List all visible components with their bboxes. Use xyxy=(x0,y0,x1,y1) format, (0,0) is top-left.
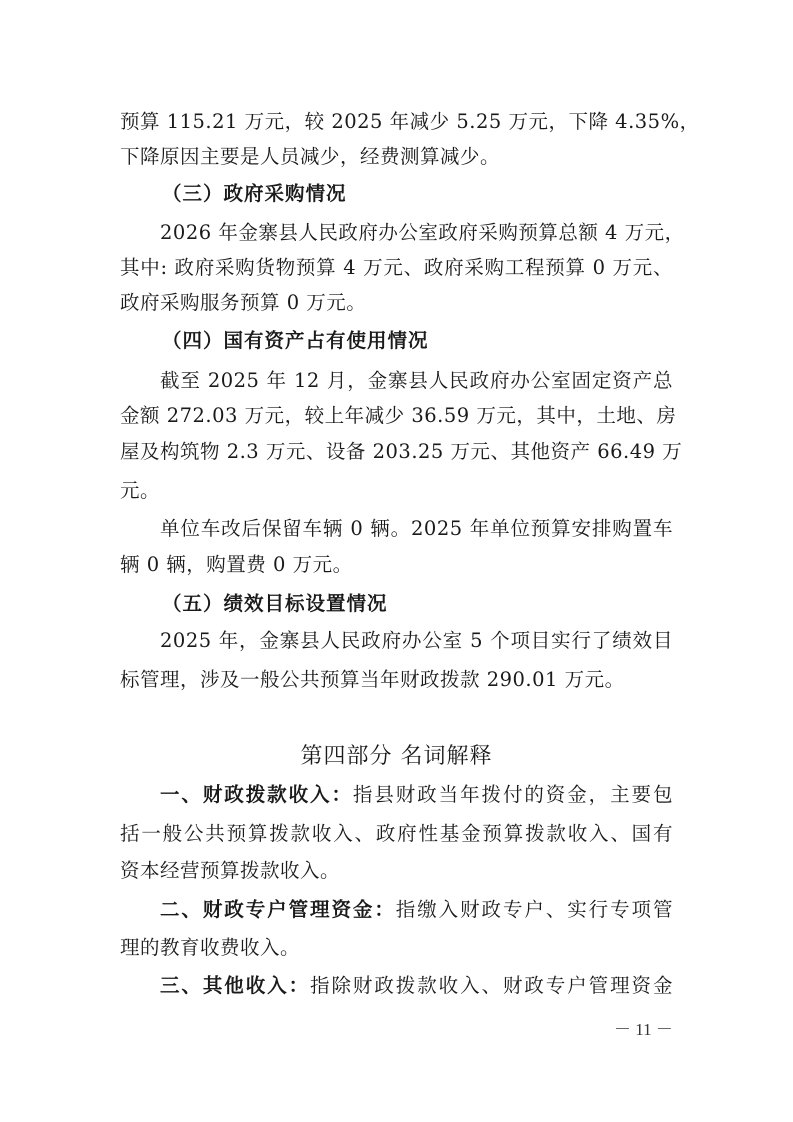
paragraph-line: 屋及构筑物 2.3 万元、设备 203.25 万元、其他资产 66.49 万 xyxy=(120,438,673,466)
term-definition-line: 三、其他收入：指除财政拨款收入、财政专户管理资金 xyxy=(160,972,673,1000)
paragraph-line: 其中: 政府采购货物预算 4 万元、政府采购工程预算 0 万元、 xyxy=(120,254,673,282)
paragraph-line: 政府采购服务预算 0 万元。 xyxy=(120,289,673,317)
paragraph-line: 预算 115.21 万元，较 2025 年减少 5.25 万元，下降 4.35%… xyxy=(120,108,673,136)
term-definition-line: 二、财政专户管理资金：指缴入财政专户、实行专项管 xyxy=(160,896,673,924)
paragraph-line: 2026 年金寨县人民政府办公室政府采购预算总额 4 万元， xyxy=(160,219,673,247)
term-definition-line: 一、财政拨款收入：指县财政当年拨付的资金，主要包 xyxy=(160,781,673,809)
part-title: 第四部分 名词解释 xyxy=(0,742,793,772)
term-text: 指除财政拨款收入、财政专户管理资金 xyxy=(310,974,673,997)
term-label: 三、其他收入： xyxy=(160,974,310,997)
paragraph-line: 截至 2025 年 12 月，金寨县人民政府办公室固定资产总 xyxy=(160,367,673,395)
paragraph-line: 元。 xyxy=(120,477,673,505)
page-number: － 11 － xyxy=(614,1018,673,1042)
paragraph-line: 下降原因主要是人员减少，经费测算减少。 xyxy=(120,143,673,171)
paragraph-line: 括一般公共预算拨款收入、政府性基金预算拨款收入、国有 xyxy=(120,820,673,848)
term-text: 指县财政当年拨付的资金，主要包 xyxy=(353,783,673,806)
section-heading-performance: （五）绩效目标设置情况 xyxy=(162,590,388,618)
term-text: 指缴入财政专户、实行专项管 xyxy=(396,898,673,921)
paragraph-line: 标管理，涉及一般公共预算当年财政拨款 290.01 万元。 xyxy=(120,666,673,694)
paragraph-line: 金额 272.03 万元，较上年减少 36.59 万元，其中，土地、房 xyxy=(120,402,673,430)
term-label: 二、财政专户管理资金： xyxy=(160,898,396,921)
document-page: 预算 115.21 万元，较 2025 年减少 5.25 万元，下降 4.35%… xyxy=(0,0,793,1122)
paragraph-line: 资本经营预算拨款收入。 xyxy=(120,857,673,885)
paragraph-line: 理的教育收费收入。 xyxy=(120,934,673,962)
paragraph-line: 2025 年，金寨县人民政府办公室 5 个项目实行了绩效目 xyxy=(160,627,673,655)
section-heading-procurement: （三）政府采购情况 xyxy=(162,180,347,208)
paragraph-line: 辆 0 辆，购置费 0 万元。 xyxy=(120,551,673,579)
paragraph-line: 单位车改后保留车辆 0 辆。2025 年单位预算安排购置车 xyxy=(160,515,673,543)
section-heading-assets: （四）国有资产占有使用情况 xyxy=(162,327,429,355)
term-label: 一、财政拨款收入： xyxy=(160,783,353,806)
